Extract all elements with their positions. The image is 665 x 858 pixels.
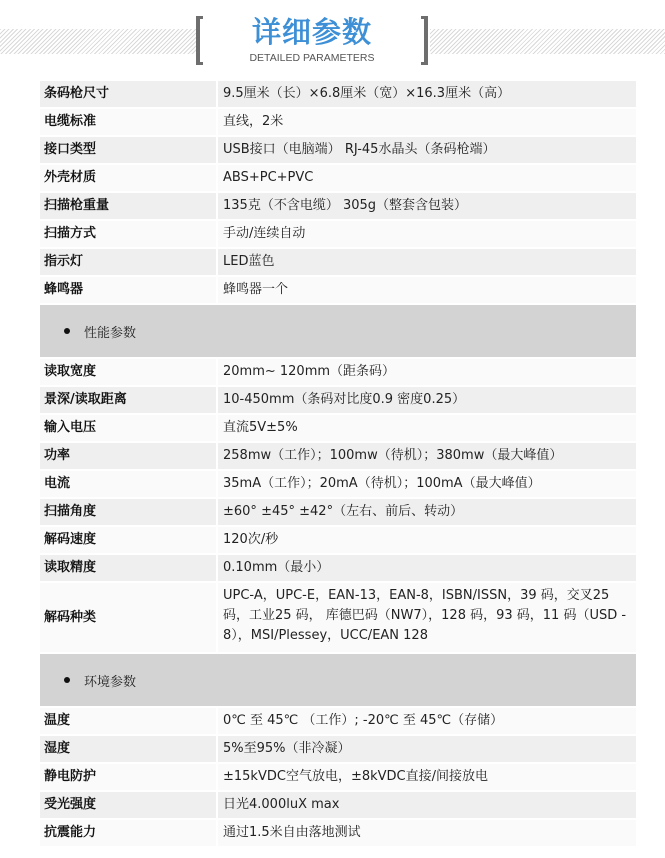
spec-value: ±15kVDC空气放电，±8kVDC直接/间接放电 (218, 764, 636, 790)
table-row: 扫描角度±60° ±45° ±42°（左右、前后、转动） (40, 499, 636, 527)
table-row: 读取宽度20mm~ 120mm（距条码） (40, 359, 636, 387)
spec-label: 功率 (40, 443, 218, 469)
table-row: 条码枪尺寸9.5厘米（长）×6.8厘米（宽）×16.3厘米（高） (40, 81, 636, 109)
table-row: 读取精度0.10mm（最小） (40, 555, 636, 583)
table-row: 电缆标准直线，2米 (40, 109, 636, 137)
spec-label: 外壳材质 (40, 165, 218, 191)
section-heading-environment: 环境参数 (40, 654, 636, 708)
table-row: 功率258mw（工作）；100mw（待机）；380mw（最大峰值） (40, 443, 636, 471)
spec-value: 0.10mm（最小） (218, 555, 636, 581)
spec-label: 景深/读取距离 (40, 387, 218, 413)
spec-label: 读取宽度 (40, 359, 218, 385)
section-heading-performance: 性能参数 (40, 305, 636, 359)
spec-value: 9.5厘米（长）×6.8厘米（宽）×16.3厘米（高） (218, 81, 636, 107)
decorative-stripe-left (0, 29, 196, 54)
spec-value: 通过1.5米自由落地测试 (218, 820, 636, 846)
table-row: 解码速度120次/秒 (40, 527, 636, 555)
spec-value: 20mm~ 120mm（距条码） (218, 359, 636, 385)
spec-label: 受光强度 (40, 792, 218, 818)
spec-value: 35mA（工作）；20mA（待机）；100mA（最大峰值） (218, 471, 636, 497)
section-title: 性能参数 (84, 322, 136, 341)
spec-label: 解码种类 (40, 583, 218, 652)
spec-value: 直流5V±5% (218, 415, 636, 441)
spec-label: 解码速度 (40, 527, 218, 553)
table-row: 外壳材质ABS+PC+PVC (40, 165, 636, 193)
table-row: 景深/读取距离10-450mm（条码对比度0.9 密度0.25） (40, 387, 636, 415)
table-row: 湿度5%至95%（非冷凝） (40, 736, 636, 764)
table-row: 受光强度日光4.000luX max (40, 792, 636, 820)
table-row: 解码种类UPC-A，UPC-E，EAN-13，EAN-8，ISBN/ISSN，3… (40, 583, 636, 654)
spec-value: LED蓝色 (218, 249, 636, 275)
spec-table: 条码枪尺寸9.5厘米（长）×6.8厘米（宽）×16.3厘米（高） 电缆标准直线，… (40, 81, 636, 848)
spec-label: 电流 (40, 471, 218, 497)
spec-label: 湿度 (40, 736, 218, 762)
table-row: 电流35mA（工作）；20mA（待机）；100mA（最大峰值） (40, 471, 636, 499)
table-row: 扫描枪重量135克（不含电缆） 305g（整套含包装） (40, 193, 636, 221)
spec-value: 直线，2米 (218, 109, 636, 135)
decorative-stripe-right (430, 29, 665, 54)
table-row: 输入电压直流5V±5% (40, 415, 636, 443)
table-row: 接口类型USB接口（电脑端） RJ-45水晶头（条码枪端） (40, 137, 636, 165)
spec-label: 静电防护 (40, 764, 218, 790)
table-row: 蜂鸣器蜂鸣器一个 (40, 277, 636, 305)
spec-value: 120次/秒 (218, 527, 636, 553)
page-subtitle: DETAILED PARAMETERS (212, 52, 412, 64)
spec-value: 0℃ 至 45℃ （工作）; -20℃ 至 45℃（存储） (218, 708, 636, 734)
spec-label: 条码枪尺寸 (40, 81, 218, 107)
spec-value: ABS+PC+PVC (218, 165, 636, 191)
spec-label: 温度 (40, 708, 218, 734)
spec-label: 蜂鸣器 (40, 277, 218, 303)
spec-label: 读取精度 (40, 555, 218, 581)
spec-value: 135克（不含电缆） 305g（整套含包装） (218, 193, 636, 219)
bullet-icon (64, 328, 70, 334)
spec-value: 258mw（工作）；100mw（待机）；380mw（最大峰值） (218, 443, 636, 469)
spec-label: 扫描角度 (40, 499, 218, 525)
spec-value: 蜂鸣器一个 (218, 277, 636, 303)
table-row: 抗震能力通过1.5米自由落地测试 (40, 820, 636, 848)
table-row: 扫描方式手动/连续自动 (40, 221, 636, 249)
bullet-icon (64, 677, 70, 683)
spec-value: USB接口（电脑端） RJ-45水晶头（条码枪端） (218, 137, 636, 163)
spec-label: 扫描方式 (40, 221, 218, 247)
section-header: 详细参数 DETAILED PARAMETERS (0, 0, 665, 78)
spec-value: ±60° ±45° ±42°（左右、前后、转动） (218, 499, 636, 525)
spec-value: 日光4.000luX max (218, 792, 636, 818)
page-title: 详细参数 (212, 14, 412, 50)
spec-label: 扫描枪重量 (40, 193, 218, 219)
table-row: 静电防护±15kVDC空气放电，±8kVDC直接/间接放电 (40, 764, 636, 792)
table-row: 温度0℃ 至 45℃ （工作）; -20℃ 至 45℃（存储） (40, 708, 636, 736)
spec-value: 手动/连续自动 (218, 221, 636, 247)
right-bracket-icon (421, 16, 428, 65)
table-row: 指示灯LED蓝色 (40, 249, 636, 277)
spec-value: 10-450mm（条码对比度0.9 密度0.25） (218, 387, 636, 413)
section-title: 环境参数 (84, 671, 136, 690)
spec-value: 5%至95%（非冷凝） (218, 736, 636, 762)
spec-label: 抗震能力 (40, 820, 218, 846)
spec-label: 输入电压 (40, 415, 218, 441)
spec-label: 接口类型 (40, 137, 218, 163)
left-bracket-icon (196, 16, 203, 65)
spec-value: UPC-A，UPC-E，EAN-13，EAN-8，ISBN/ISSN，39 码，… (218, 583, 636, 652)
spec-label: 指示灯 (40, 249, 218, 275)
spec-label: 电缆标准 (40, 109, 218, 135)
